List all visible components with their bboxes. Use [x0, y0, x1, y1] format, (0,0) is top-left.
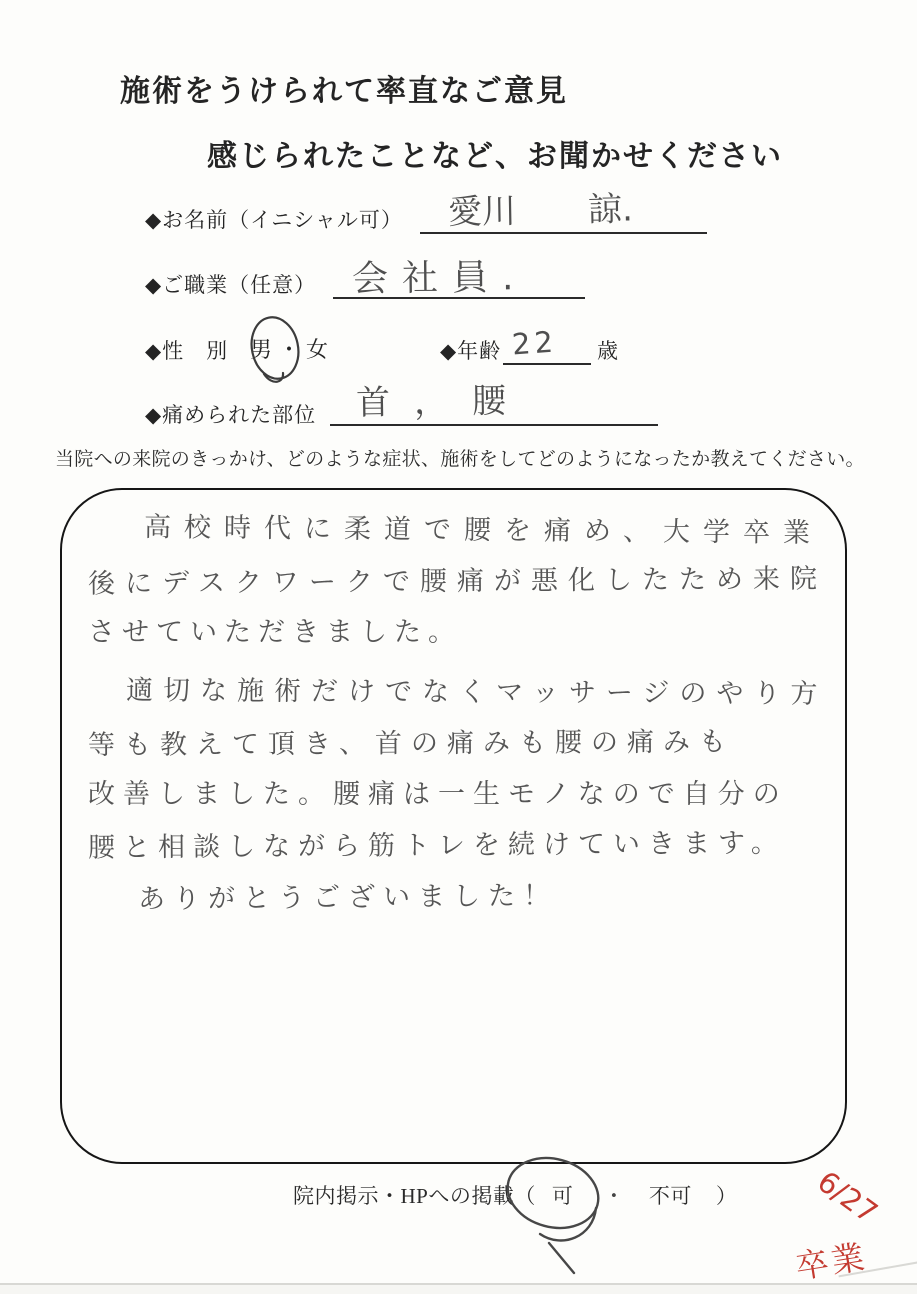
red-note-date: 6/27 — [811, 1164, 884, 1230]
handwritten-response: 高校時代に柔道で腰を痛め、大学卒業 後にデスクワークで腰痛が悪化したため来院 さ… — [88, 505, 838, 922]
occupation-label: ◆ご職業（任意） — [145, 269, 316, 299]
publish-allow-circle-annotation — [500, 1150, 620, 1285]
name-handwritten-value: 愛川諒. — [448, 181, 634, 233]
publish-option-deny: 不可 — [649, 1184, 692, 1208]
comment-prompt: 当院への来院のきっかけ、どのような症状、施術をしてどのようになったか教えてくださ… — [55, 444, 865, 471]
red-note-text: 卒業 — [792, 1231, 870, 1289]
gender-option-male: 男 — [250, 337, 278, 362]
response-line: 適切な施術だけでなくマッサージのやり方 — [126, 665, 838, 720]
gender-label: ◆性 別 — [145, 335, 228, 365]
body-part-handwritten-value: 首，腰 — [356, 373, 531, 424]
gender-options: 男・女 — [250, 333, 334, 364]
response-line: させていただきました。 — [88, 607, 838, 658]
body-part-underline — [330, 424, 658, 426]
response-line: 腰と相談しながら筋トレを続けていきます。 — [88, 817, 838, 873]
body-part-label: ◆痛められた部位 — [145, 399, 316, 429]
feedback-form-scan: 施術をうけられて率直なご意見 感じられたことなど、お聞かせください ◆お名前（イ… — [0, 0, 917, 1294]
response-line: 等も教えて頂き、首の痛みも腰の痛みも — [88, 716, 838, 771]
form-title-line1: 施術をうけられて率直なご意見 — [120, 66, 568, 110]
gender-options-separator: ・ — [278, 337, 306, 362]
gender-option-female: 女 — [306, 337, 334, 362]
response-line: 改善しました。腰痛は一生モノなので自分の — [88, 769, 838, 820]
age-underline — [503, 363, 591, 365]
form-title-line2: 感じられたことなど、お聞かせください — [207, 131, 783, 175]
age-handwritten-value: 22 — [511, 324, 558, 361]
response-line: 後にデスクワークで腰痛が悪化したため来院 — [88, 553, 838, 609]
publish-option-allow: 可 — [552, 1184, 574, 1208]
publish-consent-line: 院内掲示・HPへの掲載（可・不可） — [293, 1180, 737, 1210]
response-line: 高校時代に柔道で腰を痛め、大学卒業 — [144, 502, 838, 559]
publish-label: 院内掲示・HPへの掲載（ — [293, 1184, 536, 1208]
name-family: 愛川 — [448, 191, 517, 232]
response-line: ありがとうございました！ — [138, 868, 838, 925]
age-label: ◆年齢 — [440, 335, 501, 365]
name-given: 諒. — [588, 189, 634, 230]
name-label: ◆お名前（イニシャル可） — [145, 204, 403, 234]
scan-bottom-edge — [0, 1283, 917, 1294]
age-unit: 歳 — [597, 335, 618, 365]
publish-label-close: ） — [716, 1184, 738, 1208]
publish-options-separator: ・ — [603, 1184, 625, 1208]
occupation-handwritten-value: 会社員. — [352, 249, 528, 302]
